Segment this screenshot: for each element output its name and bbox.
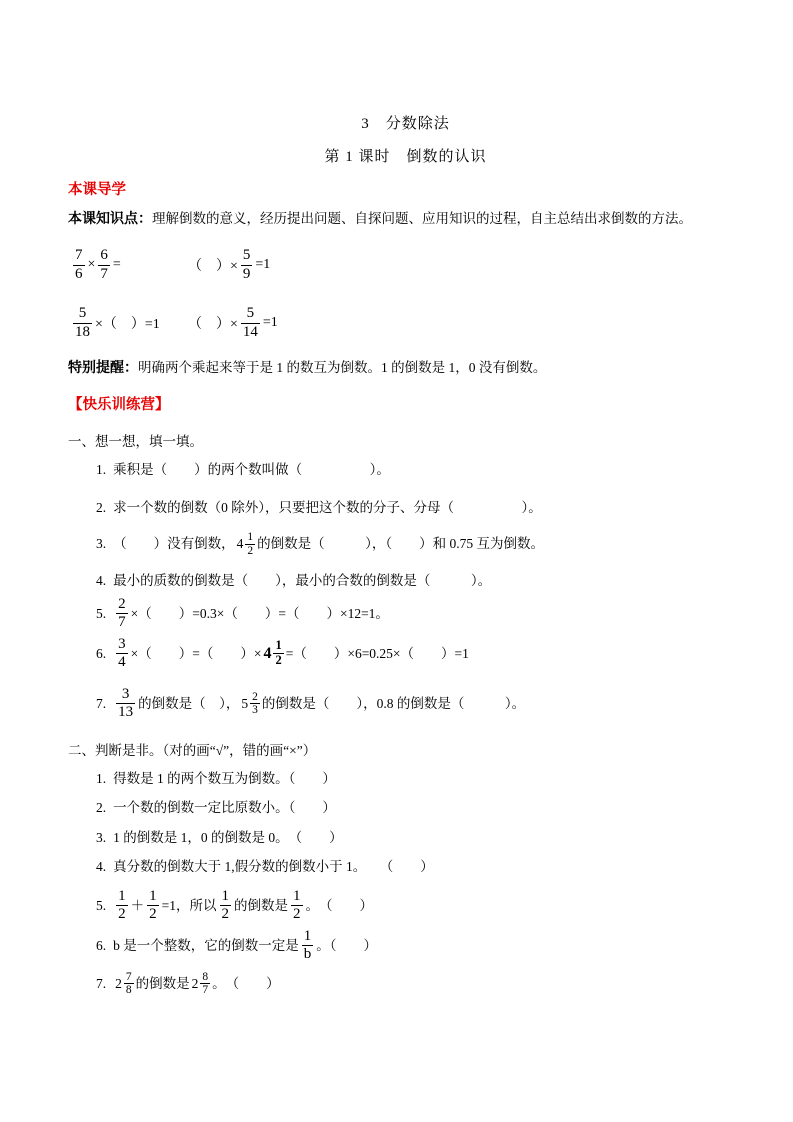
item-number: 6.	[96, 936, 106, 956]
item-number: 7.	[96, 694, 106, 714]
reminder-text: 明确两个乘起来等于是 1 的数互为倒数。1 的倒数是 1，0 没有倒数。	[138, 360, 546, 375]
worksheet-page: 3 分数除法 第 1 课时 倒数的认识 本课导学 本课知识点：理解倒数的意义，经…	[0, 0, 793, 1122]
sec1-item-3: 3. （ ）没有倒数， 4 12 的倒数是（ ），（ ）和 0.75 互为倒数。	[96, 525, 743, 563]
item-text: 乘积是（ ）的两个数叫做（ ）。	[113, 462, 390, 477]
fraction-7-6: 76	[73, 247, 85, 283]
sec1-item-2: 2.求一个数的倒数（0 除外），只要把这个数的分子、分母（ ）。	[96, 498, 743, 518]
section1-title: 一、想一想，填一填。	[68, 430, 743, 450]
guide-section-heading: 本课导学	[68, 178, 743, 199]
item-text: 一个数的倒数一定比原数小。（ ）	[113, 800, 336, 815]
sec1-item-6: 6. 34 ×（ ）=（ ）× 4 12 =（ ）×6=0.25×（ ）=1	[96, 635, 743, 673]
mixed-number-whole: 2	[115, 974, 122, 994]
multiply-sign: ×	[88, 257, 96, 273]
special-reminder: 特别提醒：明确两个乘起来等于是 1 的数互为倒数。1 的倒数是 1，0 没有倒数…	[68, 358, 743, 379]
item-text: 。 （ ）	[212, 974, 280, 994]
blank-paren-equals: ×（ ）=1	[95, 313, 160, 333]
mixed-number-whole: 2	[192, 974, 199, 994]
sec2-item-5: 5. 12 ＋ 12 =1，所以 12 的倒数是 12 。 （ ）	[96, 887, 743, 925]
lesson-title: 第 1 课时 倒数的认识	[68, 145, 743, 166]
fraction-1-2: 12	[116, 888, 128, 924]
sec2-item-3: 3.1 的倒数是 1，0 的倒数是 0。 （ ）	[96, 828, 743, 848]
sec2-item-4: 4.真分数的倒数大于 1,假分数的倒数小于 1。 （ ）	[96, 857, 743, 877]
item-text: （ ）没有倒数，	[113, 534, 235, 554]
item-text: =1，所以	[162, 896, 217, 916]
fraction-2-3: 23	[250, 691, 260, 717]
item-number: 4.	[96, 859, 106, 874]
equation-row-1: 76 × 67 = （ ）× 59 =1	[70, 242, 743, 288]
item-text: ×（ ）=0.3×（ ）=（ ）×12=1。	[131, 604, 389, 624]
mixed-number-whole: 5	[241, 694, 248, 714]
section2-title: 二、判断是非。（对的画“√”，错的画“×”）	[68, 739, 743, 759]
item-number: 7.	[96, 974, 106, 994]
item-number: 1.	[96, 771, 106, 786]
item-number: 4.	[96, 573, 106, 588]
item-number: 6.	[96, 644, 106, 664]
item-text: 最小的质数的倒数是（ ），最小的合数的倒数是（ ）。	[113, 573, 491, 588]
equals-sign: =	[113, 257, 121, 273]
sec2-item-2: 2.一个数的倒数一定比原数小。（ ）	[96, 798, 743, 818]
equals-one: =1	[255, 257, 270, 273]
sec2-item-1: 1.得数是 1 的两个数互为倒数。（ ）	[96, 769, 743, 789]
blank-paren: （ ）×	[188, 313, 238, 333]
equation-row-2: 518 ×（ ）=1 （ ）× 514 =1	[70, 300, 743, 346]
plus-sign: ＋	[131, 896, 145, 916]
mixed-number-whole: 4	[237, 534, 244, 554]
item-number: 5.	[96, 896, 106, 916]
item-text: 的倒数是	[136, 974, 190, 994]
item-text: 的倒数是	[234, 896, 288, 916]
training-camp-heading: 【快乐训练营】	[68, 393, 743, 414]
sec1-item-1: 1.乘积是（ ）的两个数叫做（ ）。	[96, 460, 743, 480]
fraction-1-2: 12	[245, 531, 255, 557]
fraction-1-2: 12	[273, 639, 283, 668]
item-text: 真分数的倒数大于 1,假分数的倒数小于 1。 （ ）	[113, 859, 434, 874]
sec2-item-6: 6. b 是一个整数，它的倒数一定是 1b 。（ ）	[96, 927, 743, 965]
mixed-number-whole: 4	[263, 642, 271, 665]
equals-one: =1	[263, 315, 278, 331]
equation-2: （ ）× 59 =1	[188, 247, 270, 283]
sec1-item-4: 4.最小的质数的倒数是（ ），最小的合数的倒数是（ ）。	[96, 571, 743, 591]
knowledge-point-label: 本课知识点：	[68, 212, 152, 227]
fraction-1-2: 12	[291, 888, 303, 924]
knowledge-point-text: 理解倒数的意义，经历提出问题、自探问题、应用知识的过程，自主总结出求倒数的方法。	[152, 211, 692, 226]
item-number: 2.	[96, 800, 106, 815]
fraction-3-13: 313	[116, 686, 135, 722]
fraction-7-8: 78	[124, 971, 134, 997]
fraction-1-2: 12	[147, 888, 159, 924]
fraction-1-b: 1b	[302, 928, 314, 964]
equation-1: 76 × 67 =	[70, 247, 188, 283]
item-text: =（ ）×6=0.25×（ ）=1	[286, 644, 469, 664]
item-text: 。（ ）	[316, 936, 377, 956]
item-text: ×（ ）=（ ）×	[131, 644, 262, 664]
blank-paren: （ ）×	[188, 255, 238, 275]
unit-title: 3 分数除法	[68, 112, 743, 133]
fraction-2-7: 27	[116, 596, 128, 632]
item-text: 的倒数是（ ），（ ）和 0.75 互为倒数。	[257, 534, 544, 554]
fraction-5-9: 59	[241, 247, 253, 283]
knowledge-point-paragraph: 本课知识点：理解倒数的意义，经历提出问题、自探问题、应用知识的过程，自主总结出求…	[68, 209, 743, 230]
item-number: 5.	[96, 604, 106, 624]
item-text: 得数是 1 的两个数互为倒数。（ ）	[113, 771, 336, 786]
fraction-1-2: 12	[220, 888, 232, 924]
item-number: 3.	[96, 830, 106, 845]
item-text: 。 （ ）	[306, 896, 374, 916]
item-text: 的倒数是（ ），0.8 的倒数是（ ）。	[262, 694, 525, 714]
fraction-5-18: 518	[73, 305, 92, 341]
item-text: 的倒数是（ ），	[138, 694, 239, 714]
item-text: 求一个数的倒数（0 除外），只要把这个数的分子、分母（ ）。	[113, 500, 542, 515]
sec1-item-7: 7. 313 的倒数是（ ）， 5 23 的倒数是（ ），0.8 的倒数是（ ）…	[96, 685, 743, 723]
sec2-item-7: 7. 2 78 的倒数是 2 87 。 （ ）	[96, 965, 743, 1003]
item-text: 1 的倒数是 1，0 的倒数是 0。 （ ）	[113, 830, 343, 845]
fraction-5-14: 514	[241, 305, 260, 341]
fraction-8-7: 87	[200, 971, 210, 997]
equation-3: 518 ×（ ）=1	[70, 305, 188, 341]
sec1-item-5: 5. 27 ×（ ）=0.3×（ ）=（ ）×12=1。	[96, 595, 743, 633]
item-number: 2.	[96, 500, 106, 515]
fraction-3-4: 34	[116, 636, 128, 672]
reminder-label: 特别提醒：	[68, 361, 138, 376]
item-number: 1.	[96, 462, 106, 477]
fraction-6-7: 67	[98, 247, 110, 283]
item-number: 3.	[96, 534, 106, 554]
equation-4: （ ）× 514 =1	[188, 305, 278, 341]
item-text: b 是一个整数，它的倒数一定是	[113, 936, 299, 956]
